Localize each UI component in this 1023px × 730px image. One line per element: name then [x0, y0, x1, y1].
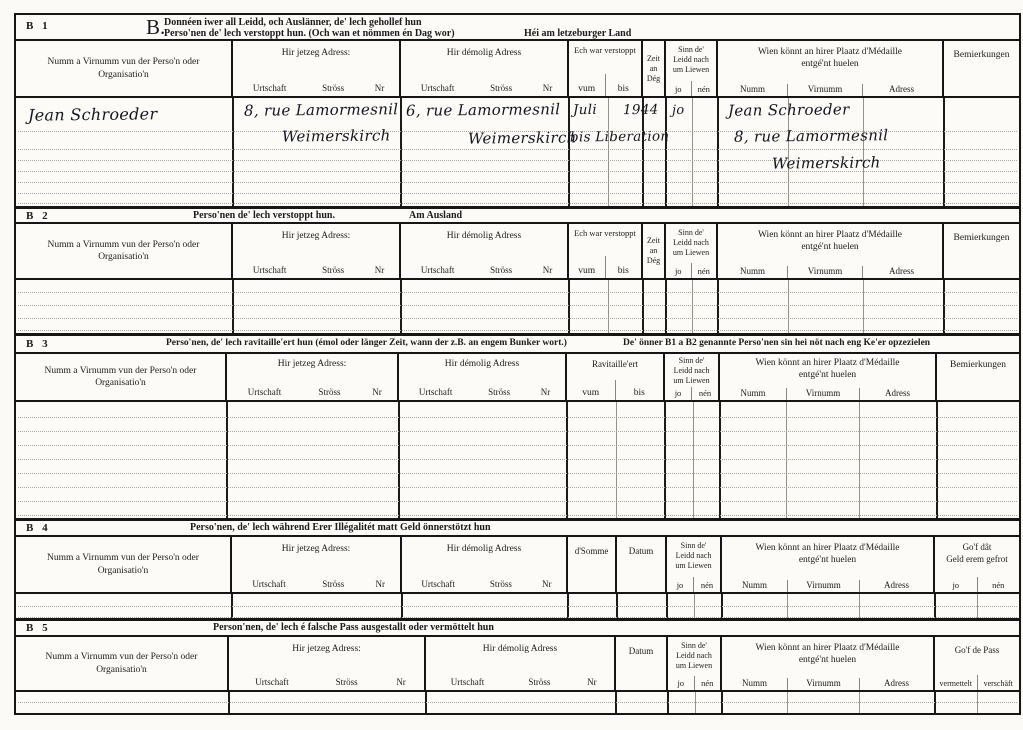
divider [863, 98, 864, 206]
handwritten-period-vum: Juli [573, 102, 597, 118]
divider [665, 98, 667, 206]
dotted-line [18, 417, 1017, 418]
sublabel-nen: nén [977, 577, 1020, 592]
sublabel-numm: Numm [722, 678, 787, 690]
b2-col-period: Ech war verstoppt vum bis [569, 224, 643, 278]
sublabel-urtschaft: Urtschaft [229, 677, 315, 687]
col-label-period: Ech war verstoppt [569, 224, 641, 239]
b3-column-header: Numm a Virnumm vun der Perso'n oder Orga… [16, 354, 1019, 402]
alive-sublabels: jo nén [668, 676, 720, 690]
sublabel-urtschaft: Urtschaft [399, 387, 472, 397]
dotted-line [18, 431, 1017, 432]
col-label-date: Datum [617, 537, 665, 556]
b3-data-area [16, 402, 1019, 521]
b1-heading-line1: Donnéen iwer all Leidd, och Auslänner, d… [164, 17, 422, 28]
b1-col-former-address: Hir démolig Adress Urtschaft Ströss Nr [401, 41, 569, 96]
period-sublabels: vum bis [569, 256, 641, 278]
sublabel-adress: Adress [862, 84, 940, 96]
b2-subtitle: Am Ausland [409, 210, 462, 221]
alive-sublabels: jo nén [666, 263, 716, 278]
b1-data-area: Jean Schroeder 8, rue Lamormesnil Weimer… [16, 98, 1019, 209]
medal-line2: entgé'nt huelen [722, 554, 933, 566]
alive-line1: Sinn de' [668, 641, 720, 651]
alive-line3: um Liewen [666, 248, 716, 258]
days-line3: Dég [643, 74, 664, 84]
sublabel-stross: Ströss [474, 83, 528, 93]
b1-title-band: B 1 B. Donnéen iwer all Leidd, och Auslä… [16, 15, 1019, 41]
b4-title-band: B 4 Perso'nen, de' lech während Erer Ill… [16, 521, 1019, 537]
handwritten-period-line2: bis Liberation [570, 128, 670, 145]
b1-col-medal: Wien könnt an hirer Plaatz d'Médaille en… [718, 41, 944, 96]
medal-line2: entgé'nt huelen [722, 654, 933, 666]
dotted-line [18, 501, 1017, 502]
sublabel-nr: Nr [360, 265, 399, 275]
alive-line1: Sinn de' [667, 541, 720, 551]
col-label-medal: Wien könnt an hirer Plaatz d'Médaille en… [720, 354, 935, 382]
col-label-current-address: Hir jetzeg Adress: [233, 224, 399, 241]
b4-data-area [16, 594, 1019, 621]
b5-col-former-address: Hir démolig Adress Urtschaft Ströss Nr [426, 637, 616, 690]
col-label-remarks: Bemierkungen [944, 41, 1019, 60]
sublabel-numm: Numm [718, 266, 787, 278]
b2-col-name: Numm a Virnumm vun der Perso'n oder Orga… [16, 224, 233, 278]
alive-line2: Leidd nach [668, 651, 720, 661]
sublabel-nr: Nr [360, 579, 400, 589]
b4-column-header: Numm a Virnumm vun der Perso'n oder Orga… [16, 537, 1019, 594]
medal-sublabels: Numm Virnumm Adress [722, 674, 933, 690]
address-sublabels: Urtschaft Ströss Nr [399, 387, 565, 400]
medal-line2: entgé'nt huelen [718, 58, 942, 70]
medal-line1: Wien könnt an hirer Plaatz d'Médaille [722, 542, 933, 554]
b3-col-former-address: Hir démolig Adress Urtschaft Ströss Nr [399, 354, 567, 400]
sublabel-urtschaft: Urtschaft [426, 677, 509, 687]
alive-sublabels: jo nén [666, 81, 716, 96]
sublabel-adress: Adress [859, 678, 933, 690]
money-back-line1: Go'f dât [935, 542, 1019, 554]
divider [863, 280, 864, 333]
days-line1: Zeit [643, 236, 664, 246]
medal-line2: entgé'nt huelen [720, 369, 935, 381]
b5-col-current-address: Hir jetzeg Adress: Urtschaft Ströss Nr [229, 637, 426, 690]
sublabel-stross: Ströss [509, 677, 570, 687]
b2-col-medal: Wien könnt an hirer Plaatz d'Médaille en… [718, 224, 944, 278]
medal-line1: Wien könnt an hirer Plaatz d'Médaille [718, 46, 942, 58]
divider [665, 280, 667, 333]
col-label-medal: Wien könnt an hirer Plaatz d'Médaille en… [718, 41, 942, 71]
sublabel-vum: vum [567, 380, 615, 400]
col-label-former-address: Hir démolig Adress [426, 637, 614, 654]
dotted-line [18, 182, 1017, 183]
col-label-medal: Wien könnt an hirer Plaatz d'Médaille en… [722, 637, 933, 667]
b2-col-former-address: Hir démolig Adress Urtschaft Ströss Nr [401, 224, 569, 278]
b2-data-area [16, 280, 1019, 336]
sublabel-stross: Ströss [306, 265, 360, 275]
b3-title-band: B 3 Perso'nen, de' lech ravitaille'ert h… [16, 336, 1019, 354]
b2-title-band: B 2 Perso'nen de' lech verstoppt hun. Am… [16, 209, 1019, 224]
b5-col-pass: Go'f de Pass vermettelt verschäft [935, 637, 1019, 690]
dotted-line [18, 445, 1017, 446]
b1-col-alive: Sinn de' Leidd nach um Liewen jo nén [666, 41, 718, 96]
divider [692, 280, 693, 333]
sublabel-nen: nén [694, 676, 721, 690]
dotted-line [18, 330, 1017, 331]
col-label-name: Numm a Virnumm vun der Perso'n oder Orga… [16, 41, 231, 96]
pass-line1: Go'f de Pass [935, 645, 1019, 657]
address-sublabels: Urtschaft Ströss Nr [232, 579, 400, 592]
address-sublabels: Urtschaft Ströss Nr [402, 579, 566, 592]
dotted-line [18, 193, 1017, 194]
dotted-line [18, 473, 1017, 474]
b3-section-label: B 3 [26, 338, 51, 350]
days-line1: Zeit [643, 54, 664, 64]
divider [568, 280, 570, 333]
handwritten-medal-street: 8, rue Lamormesnil [734, 126, 889, 146]
col-label-medal: Wien könnt an hirer Plaatz d'Médaille en… [718, 224, 942, 254]
medal-sublabels: Numm Virnumm Adress [720, 386, 935, 400]
days-line2: an [643, 64, 664, 74]
b5-col-medal: Wien könnt an hirer Plaatz d'Médaille en… [722, 637, 935, 690]
b4-section-label: B 4 [26, 522, 51, 534]
b3-col-current-address: Hir jetzeg Adress: Urtschaft Ströss Nr [227, 354, 399, 400]
sublabel-urtschaft: Urtschaft [401, 83, 474, 93]
money-back-line2: Geld erem gefrot [935, 554, 1019, 566]
sublabel-stross: Ströss [474, 579, 527, 589]
handwritten-medal-town: Weimerskirch [772, 153, 881, 172]
b1-col-period: Ech war verstoppt vum bis [569, 41, 643, 96]
b4-col-current-address: Hir jetzeg Adress: Urtschaft Ströss Nr [232, 537, 402, 592]
pass-sublabels: vermettelt verschäft [935, 675, 1019, 690]
days-line3: Dég [643, 256, 664, 266]
sublabel-adress: Adress [859, 580, 933, 592]
b3-col-medal: Wien könnt an hirer Plaatz d'Médaille en… [720, 354, 937, 400]
medal-line2: entgé'nt huelen [718, 241, 942, 253]
sublabel-virnumm: Virnumm [787, 84, 862, 96]
alive-line2: Leidd nach [666, 238, 716, 248]
sublabel-jo: jo [665, 387, 691, 400]
sublabel-nen: nén [693, 577, 720, 592]
handwritten-alive-jo: jo [672, 103, 685, 118]
col-label-alive: Sinn de' Leidd nach um Liewen [666, 41, 716, 75]
alive-line3: um Liewen [668, 661, 720, 671]
b2-col-alive: Sinn de' Leidd nach um Liewen jo nén [666, 224, 718, 278]
sublabel-bis: bis [605, 256, 642, 278]
col-label-money-back: Go'f dât Geld erem gefrot [935, 537, 1019, 565]
sublabel-bis: bis [605, 74, 642, 96]
alive-line3: um Liewen [666, 65, 716, 75]
b5-column-header: Numm a Virnumm vun der Perso'n oder Orga… [16, 637, 1019, 692]
b5-col-date: Datum [616, 637, 668, 690]
alive-line2: Leidd nach [666, 55, 716, 65]
address-sublabels: Urtschaft Ströss Nr [233, 265, 399, 278]
b1-col-current-address: Hir jetzeg Adress: Urtschaft Ströss Nr [233, 41, 401, 96]
medal-line1: Wien könnt an hirer Plaatz d'Médaille [720, 357, 935, 369]
divider [943, 98, 945, 206]
dotted-line [18, 203, 1017, 204]
b5-col-name: Numm a Virnumm vun der Perso'n oder Orga… [16, 637, 229, 690]
questionnaire-form: B 1 B. Donnéen iwer all Leidd, och Auslä… [14, 13, 1021, 715]
medal-sublabels: Numm Virnumm Adress [722, 576, 933, 592]
b2-col-current-address: Hir jetzeg Adress: Urtschaft Ströss Nr [233, 224, 401, 278]
sublabel-vum: vum [569, 256, 605, 278]
money-back-sublabels: jo nén [935, 577, 1019, 592]
sublabel-urtschaft: Urtschaft [233, 265, 306, 275]
b3-col-name: Numm a Virnumm vun der Perso'n oder Orga… [16, 354, 227, 400]
col-label-current-address: Hir jetzeg Adress: [232, 537, 400, 554]
sublabel-urtschaft: Urtschaft [401, 265, 474, 275]
alive-line3: um Liewen [667, 561, 720, 571]
sublabel-stross: Ströss [472, 387, 526, 397]
col-label-medal: Wien könnt an hirer Plaatz d'Médaille en… [722, 537, 933, 567]
sublabel-stross: Ströss [315, 677, 378, 687]
col-label-pass: Go'f de Pass [935, 637, 1019, 657]
b4-col-former-address: Hir démolig Adress Urtschaft Ströss Nr [402, 537, 568, 592]
b3-title2: De' önner B1 a B2 genannte Perso'nen sin… [623, 338, 930, 348]
b1-col-days: Zeit an Dég [643, 41, 666, 96]
col-label-name: Numm a Virnumm vun der Perso'n oder Orga… [16, 224, 231, 278]
divider [232, 280, 234, 333]
medal-sublabels: Numm Virnumm Adress [718, 262, 942, 278]
b2-section-label: B 2 [26, 210, 51, 222]
col-label-current-address: Hir jetzeg Adress: [227, 354, 397, 369]
b1-col-remarks: Bemierkungen [944, 41, 1019, 96]
col-label-alive: Sinn de' Leidd nach um Liewen [665, 354, 718, 386]
b1-column-header: Numm a Virnumm vun der Perso'n oder Orga… [16, 41, 1019, 98]
handwritten-former-street: 6, rue Lamormesnil [406, 100, 561, 120]
sublabel-numm: Numm [720, 388, 786, 400]
b2-col-days: Zeit an Dég [643, 224, 666, 278]
handwritten-name: Jean Schroeder [28, 104, 158, 124]
sublabel-nr: Nr [570, 677, 614, 687]
dotted-line [18, 606, 1017, 607]
b2-title: Perso'nen de' lech verstoppt hun. [193, 210, 335, 221]
sublabel-jo: jo [935, 577, 977, 592]
sublabel-nen: nén [691, 387, 718, 400]
b1-section-label: B 1 [26, 20, 51, 32]
dotted-line [18, 487, 1017, 488]
sublabel-nr: Nr [527, 579, 566, 589]
col-label-name: Numm a Virnumm vun der Perso'n oder Orga… [16, 354, 225, 400]
sublabel-vermettelt: vermettelt [935, 675, 977, 690]
b4-col-money-back: Go'f dât Geld erem gefrot jo nén [935, 537, 1019, 592]
medal-line1: Wien könnt an hirer Plaatz d'Médaille [718, 229, 942, 241]
scanned-document: B 1 B. Donnéen iwer all Leidd, och Auslä… [0, 0, 1023, 730]
b4-col-date: Datum [617, 537, 667, 592]
col-label-alive: Sinn de' Leidd nach um Liewen [668, 637, 720, 671]
b4-col-name: Numm a Virnumm vun der Perso'n oder Orga… [16, 537, 232, 592]
b3-col-period: Ravitaille'ert vum bis [567, 354, 665, 400]
dotted-line [18, 292, 1017, 293]
sublabel-jo: jo [666, 81, 691, 96]
col-label-period: Ech war verstoppt [569, 41, 641, 56]
sublabel-virnumm: Virnumm [787, 266, 862, 278]
sublabel-stross: Ströss [474, 265, 528, 275]
col-label-amount: d'Somme [568, 537, 615, 556]
b5-data-area [16, 692, 1019, 713]
address-sublabels: Urtschaft Ströss Nr [426, 677, 614, 690]
b4-col-alive: Sinn de' Leidd nach um Liewen jo nén [667, 537, 722, 592]
b1-heading-location: Héi am letzeburger Land [524, 28, 631, 39]
b5-title: Person'nen, de' lech é falsche Pass ausg… [213, 622, 494, 633]
b5-col-alive: Sinn de' Leidd nach um Liewen jo nén [668, 637, 722, 690]
sublabel-nr: Nr [360, 83, 399, 93]
sublabel-nen: nén [691, 81, 717, 96]
sublabel-virnumm: Virnumm [787, 678, 859, 690]
col-label-former-address: Hir démolig Adress [401, 41, 567, 58]
dotted-line [18, 459, 1017, 460]
days-line2: an [643, 246, 664, 256]
b1-letter: B. [146, 17, 165, 38]
dotted-line [18, 702, 1017, 703]
col-label-name: Numm a Virnumm vun der Perso'n oder Orga… [16, 637, 227, 690]
address-sublabels: Urtschaft Ströss Nr [401, 265, 567, 278]
col-label-days: Zeit an Dég [643, 41, 664, 96]
alive-line3: um Liewen [665, 376, 718, 386]
sublabel-urtschaft: Urtschaft [232, 579, 306, 589]
divider [692, 98, 693, 206]
sublabel-urtschaft: Urtschaft [227, 387, 302, 397]
sublabel-vum: vum [569, 74, 605, 96]
col-label-period: Ravitaille'ert [567, 354, 663, 369]
b1-heading-line2: Perso'nen de' lech verstoppt hun. (Och w… [164, 28, 455, 39]
address-sublabels: Urtschaft Ströss Nr [227, 387, 397, 400]
medal-sublabels: Numm Virnumm Adress [718, 80, 942, 96]
col-label-alive: Sinn de' Leidd nach um Liewen [667, 537, 720, 571]
sublabel-stross: Ströss [306, 83, 360, 93]
col-label-remarks: Bemierkungen [944, 224, 1019, 243]
sublabel-jo: jo [668, 676, 694, 690]
sublabel-nr: Nr [357, 387, 397, 397]
b2-col-remarks: Bemierkungen [944, 224, 1019, 278]
col-label-former-address: Hir démolig Adress [402, 537, 566, 554]
sublabel-numm: Numm [722, 580, 787, 592]
col-label-current-address: Hir jetzeg Adress: [229, 637, 424, 654]
sublabel-nen: nén [691, 263, 717, 278]
col-label-current-address: Hir jetzeg Adress: [233, 41, 399, 58]
dotted-line [18, 515, 1017, 516]
sublabel-stross: Ströss [302, 387, 357, 397]
divider [232, 98, 234, 206]
divider [400, 280, 402, 333]
sublabel-verschaft: verschäft [977, 675, 1020, 690]
col-label-name: Numm a Virnumm vun der Perso'n oder Orga… [16, 537, 230, 592]
address-sublabels: Urtschaft Ströss Nr [233, 83, 399, 96]
alive-line2: Leidd nach [667, 551, 720, 561]
col-label-former-address: Hir démolig Adress [399, 354, 565, 369]
sublabel-adress: Adress [862, 266, 940, 278]
col-label-days: Zeit an Dég [643, 224, 664, 278]
b1-col-name: Numm a Virnumm vun der Perso'n oder Orga… [16, 41, 233, 96]
alive-line1: Sinn de' [665, 356, 718, 366]
divider [568, 98, 570, 206]
period-sublabels: vum bis [569, 74, 641, 96]
col-label-alive: Sinn de' Leidd nach um Liewen [666, 224, 716, 258]
handwritten-former-town: Weimerskirch [468, 128, 577, 147]
period-sublabels: vum bis [567, 380, 663, 400]
b2-column-header: Numm a Virnumm vun der Perso'n oder Orga… [16, 224, 1019, 280]
divider [608, 98, 609, 206]
divider [717, 98, 719, 206]
sublabel-adress: Adress [859, 388, 935, 400]
alive-sublabels: jo nén [665, 387, 718, 400]
divider [608, 280, 609, 333]
dotted-line [18, 149, 1017, 150]
alive-sublabels: jo nén [667, 577, 720, 592]
sublabel-nr: Nr [378, 677, 424, 687]
sublabel-nr: Nr [526, 387, 565, 397]
sublabel-nr: Nr [528, 83, 567, 93]
col-label-former-address: Hir démolig Adress [401, 224, 567, 241]
sublabel-virnumm: Virnumm [786, 388, 859, 400]
sublabel-nr: Nr [528, 265, 567, 275]
b4-col-medal: Wien könnt an hirer Plaatz d'Médaille en… [722, 537, 935, 592]
sublabel-stross: Ströss [306, 579, 360, 589]
b5-title-band: B 5 Person'nen, de' lech é falsche Pass … [16, 621, 1019, 637]
sublabel-jo: jo [666, 263, 691, 278]
b3-col-remarks: Bemierkungen [937, 354, 1019, 400]
alive-line2: Leidd nach [665, 366, 718, 376]
divider [717, 280, 719, 333]
divider [642, 280, 644, 333]
divider [400, 98, 402, 206]
dotted-line [18, 318, 1017, 319]
medal-line1: Wien könnt an hirer Plaatz d'Médaille [722, 642, 933, 654]
col-label-remarks: Bemierkungen [937, 354, 1019, 370]
handwritten-medal-name: Jean Schroeder [728, 100, 850, 119]
divider [788, 280, 789, 333]
alive-line1: Sinn de' [666, 228, 716, 238]
sublabel-urtschaft: Urtschaft [233, 83, 306, 93]
divider [943, 280, 945, 333]
address-sublabels: Urtschaft Ströss Nr [401, 83, 567, 96]
address-sublabels: Urtschaft Ströss Nr [229, 677, 424, 690]
b5-section-label: B 5 [26, 622, 51, 634]
alive-line1: Sinn de' [666, 45, 716, 55]
b4-title: Perso'nen, de' lech während Erer Illégal… [190, 522, 491, 533]
sublabel-jo: jo [667, 577, 693, 592]
col-label-date: Datum [616, 637, 666, 656]
sublabel-numm: Numm [718, 84, 787, 96]
sublabel-virnumm: Virnumm [787, 580, 859, 592]
handwritten-current-street: 8, rue Lamormesnil [244, 100, 399, 120]
handwritten-current-town: Weimerskirch [282, 126, 391, 145]
handwritten-period-bis: 1944 [623, 102, 659, 118]
dotted-line [18, 305, 1017, 306]
b3-title: Perso'nen, de' lech ravitaille'ert hun (… [166, 338, 567, 348]
b4-col-amount: d'Somme [568, 537, 617, 592]
sublabel-urtschaft: Urtschaft [402, 579, 474, 589]
dotted-line [18, 617, 1017, 618]
b3-col-alive: Sinn de' Leidd nach um Liewen jo nén [665, 354, 720, 400]
sublabel-bis: bis [615, 380, 664, 400]
